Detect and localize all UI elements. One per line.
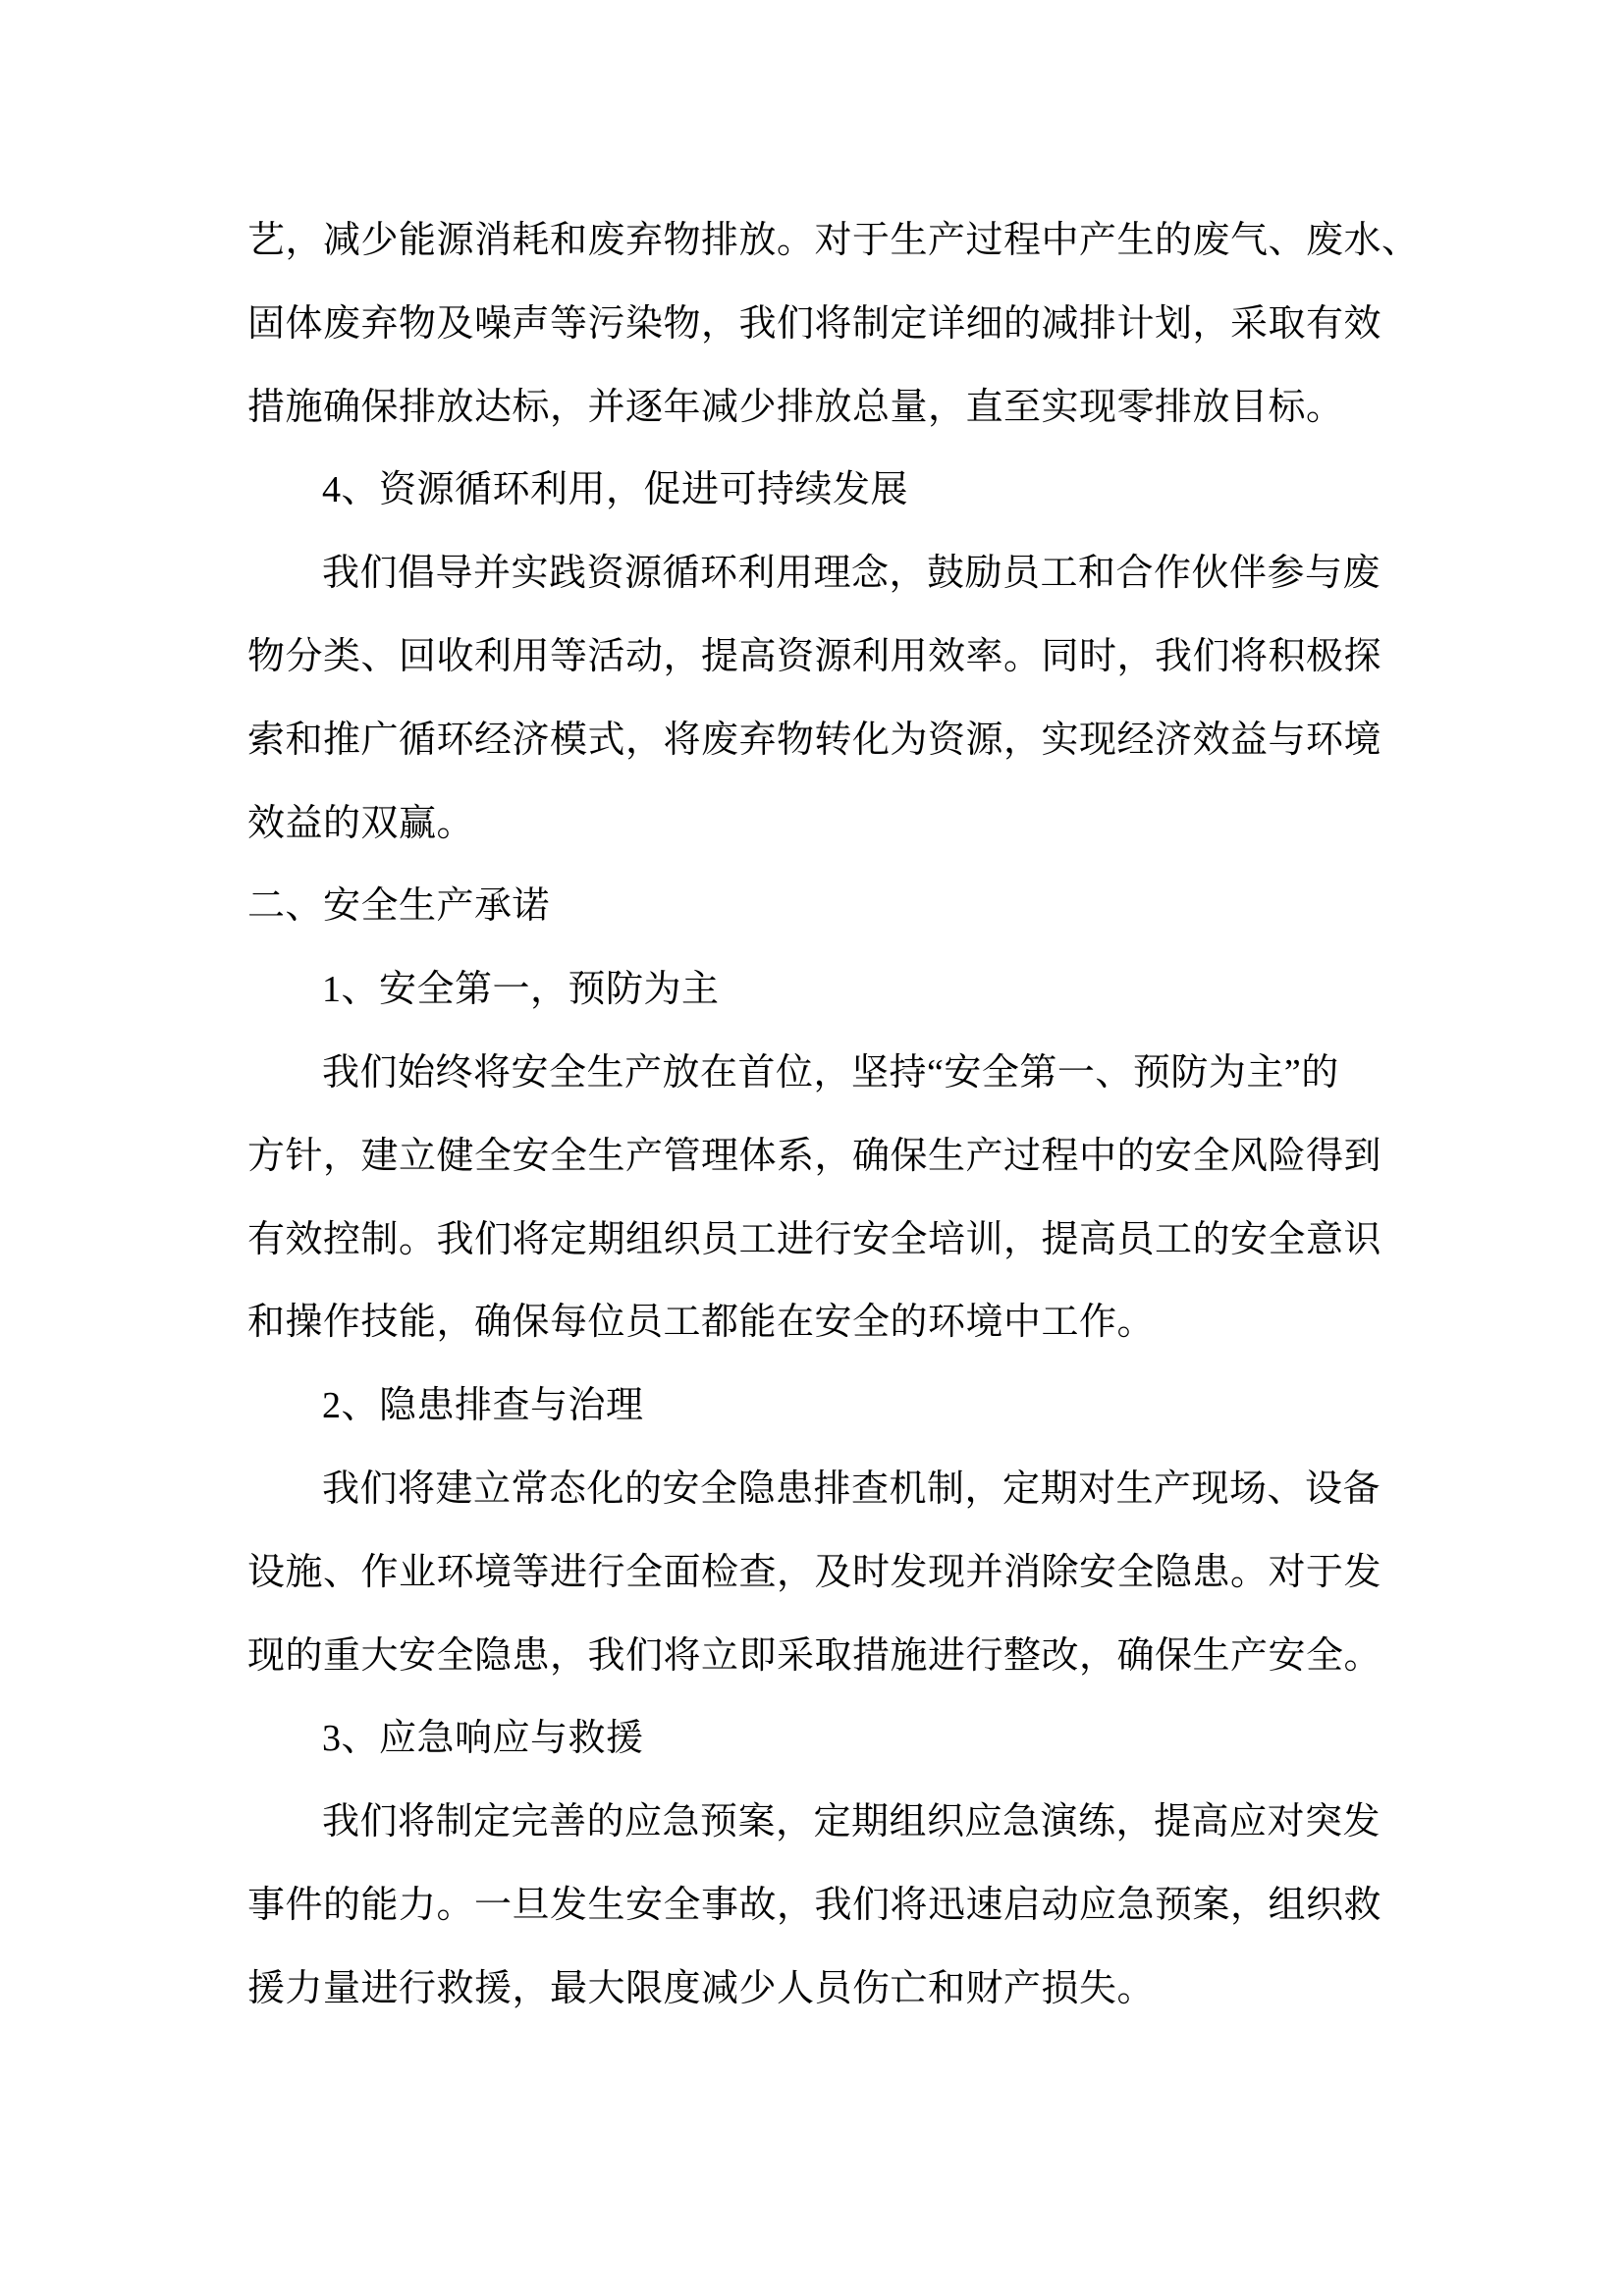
text-line: 我们将制定完善的应急预案，定期组织应急演练，提高应对突发 — [247, 1781, 1386, 1864]
text-line: 2、隐患排查与治理 — [247, 1364, 1386, 1448]
text-line: 和操作技能，确保每位员工都能在安全的环境中工作。 — [247, 1281, 1386, 1364]
document-page: 艺，减少能源消耗和废弃物排放。对于生产过程中产生的废气、废水、固体废弃物及噪声等… — [0, 0, 1624, 2296]
text-line: 效益的双赢。 — [247, 782, 1386, 866]
text-line: 方针，建立健全安全生产管理体系，确保生产过程中的安全风险得到 — [247, 1115, 1386, 1199]
text-line: 二、安全生产承诺 — [247, 865, 1386, 948]
text-line: 事件的能力。一旦发生安全事故，我们将迅速启动应急预案，组织救 — [247, 1864, 1386, 1948]
text-line: 援力量进行救援，最大限度减少人员伤亡和财产损失。 — [247, 1948, 1386, 2031]
text-block: 艺，减少能源消耗和废弃物排放。对于生产过程中产生的废气、废水、固体废弃物及噪声等… — [247, 199, 1386, 2031]
text-line: 我们将建立常态化的安全隐患排查机制，定期对生产现场、设备 — [247, 1448, 1386, 1531]
text-line: 我们倡导并实践资源循环利用理念，鼓励员工和合作伙伴参与废 — [247, 532, 1386, 615]
text-line: 3、应急响应与救援 — [247, 1697, 1386, 1781]
text-line: 设施、作业环境等进行全面检查，及时发现并消除安全隐患。对于发 — [247, 1531, 1386, 1615]
text-line: 现的重大安全隐患，我们将立即采取措施进行整改，确保生产安全。 — [247, 1615, 1386, 1698]
text-line: 索和推广循环经济模式，将废弃物转化为资源，实现经济效益与环境 — [247, 699, 1386, 782]
text-line: 措施确保排放达标，并逐年减少排放总量，直至实现零排放目标。 — [247, 366, 1386, 450]
text-line: 固体废弃物及噪声等污染物，我们将制定详细的减排计划，采取有效 — [247, 283, 1386, 366]
text-line: 4、资源循环利用，促进可持续发展 — [247, 449, 1386, 532]
text-line: 有效控制。我们将定期组织员工进行安全培训，提高员工的安全意识 — [247, 1199, 1386, 1282]
text-line: 物分类、回收利用等活动，提高资源利用效率。同时，我们将积极探 — [247, 615, 1386, 699]
text-line: 艺，减少能源消耗和废弃物排放。对于生产过程中产生的废气、废水、 — [247, 199, 1386, 283]
text-line: 1、安全第一，预防为主 — [247, 948, 1386, 1032]
text-line: 我们始终将安全生产放在首位，坚持“安全第一、预防为主”的 — [247, 1032, 1386, 1115]
